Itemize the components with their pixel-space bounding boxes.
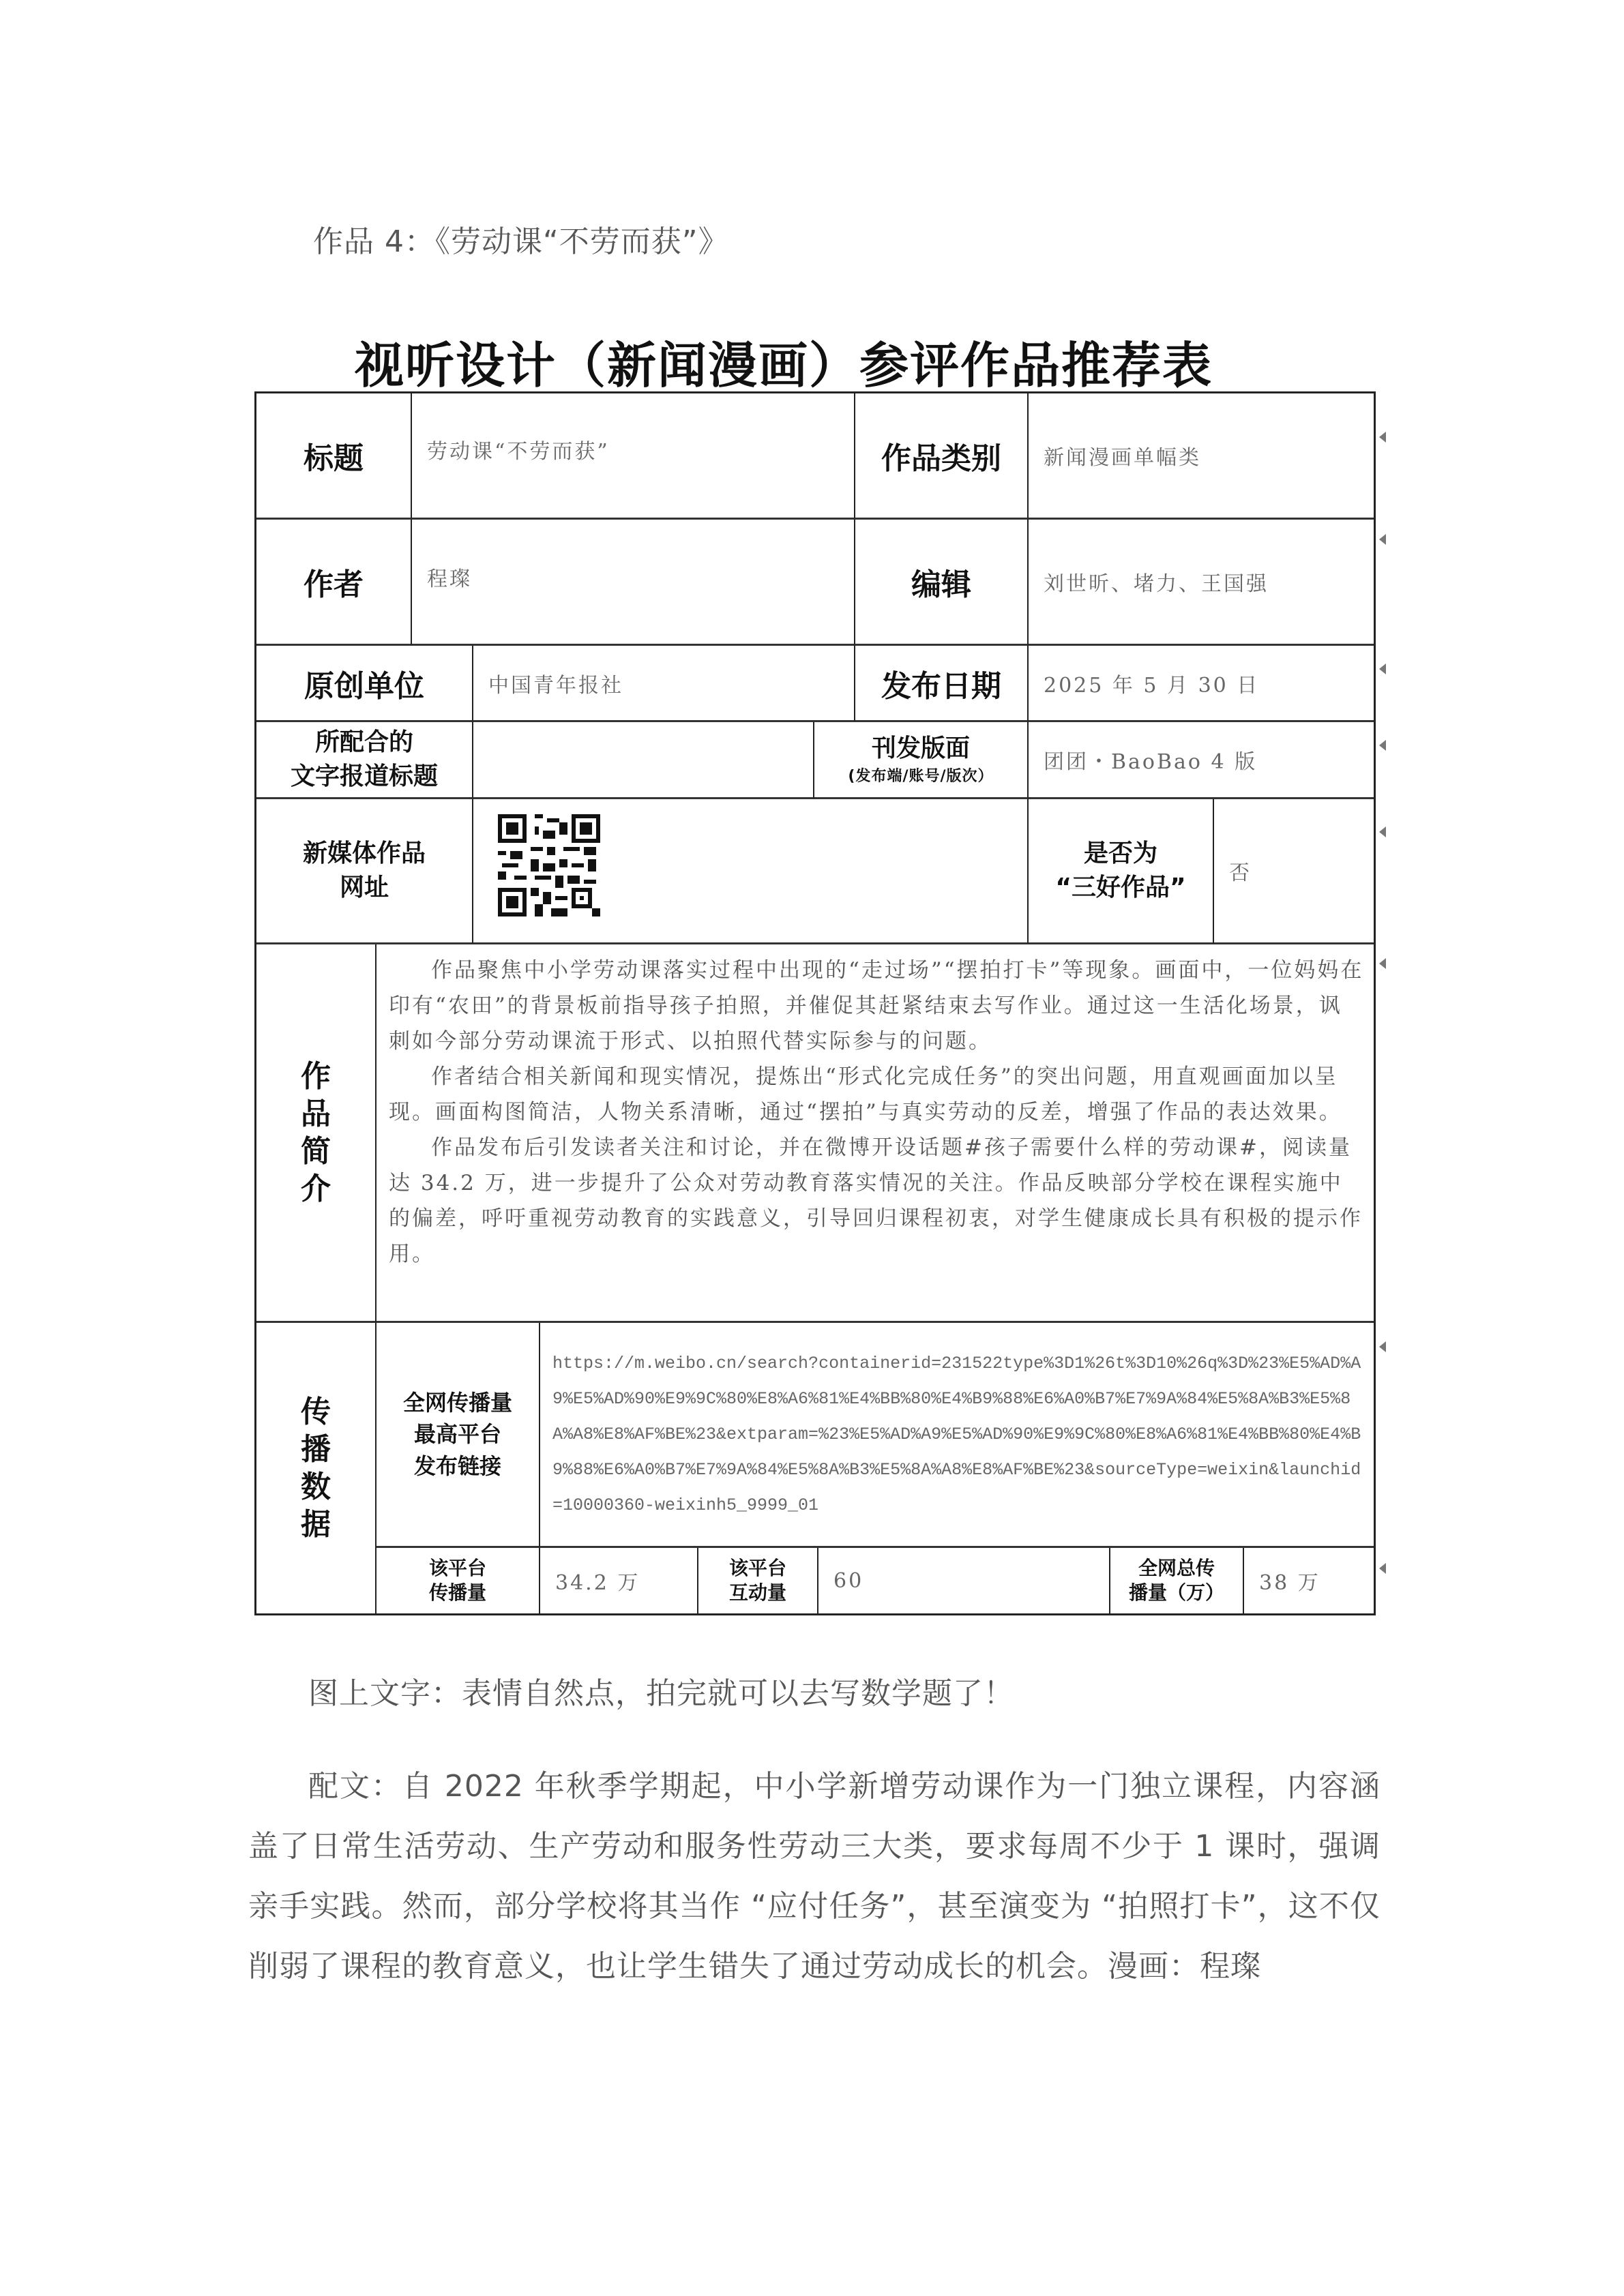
author-label: 作者	[256, 520, 412, 646]
platform-interaction-label: 该平台 互动量	[698, 1548, 818, 1613]
total-reach-value: 38 万	[1244, 1548, 1374, 1613]
platform-reach-value: 34.2 万	[540, 1548, 698, 1613]
work-heading: 作品 4：《劳动课“不劳而获”》	[313, 217, 729, 260]
row-marker-icon	[1379, 1563, 1386, 1574]
platform-interaction-value: 60	[818, 1548, 1110, 1613]
page-sublabel: (发布端/账号/版次）	[848, 766, 993, 788]
row-marker-icon	[1379, 432, 1386, 443]
related-report-value	[473, 722, 814, 799]
row-marker-icon	[1379, 958, 1386, 969]
sanhao-value: 否	[1214, 799, 1374, 944]
row-marker-icon	[1379, 534, 1386, 545]
page-label: 刊发版面 (发布端/账号/版次）	[814, 722, 1029, 799]
row-marker-icon	[1379, 664, 1386, 674]
org-label: 原创单位	[256, 646, 473, 722]
intro-paragraph: 作品发布后引发读者关注和讨论，并在微博开设话题#孩子需要什么样的劳动课#，阅读量…	[389, 1130, 1364, 1272]
editor-value: 刘世昕、堵力、王国强	[1029, 520, 1374, 646]
editor-label: 编辑	[855, 520, 1029, 646]
row-marker-icon	[1379, 826, 1386, 837]
form-title: 视听设计（新闻漫画）参评作品推荐表	[355, 326, 1310, 397]
author-value: 程璨	[412, 520, 855, 646]
title-label: 标题	[256, 393, 412, 520]
intro-paragraph: 作者结合相关新闻和现实情况，提炼出“形式化完成任务”的突出问题，用直观画面加以呈…	[389, 1059, 1364, 1130]
intro-text: 作品聚焦中小学劳动课落实过程中出现的“走过场”“摆拍打卡”等现象。画面中，一位妈…	[377, 944, 1374, 1323]
recommendation-form: 标题 劳动课“不劳而获” 作品类别 新闻漫画单幅类 作者 程璨 编辑 刘世昕、堵…	[254, 391, 1376, 1615]
title-value: 劳动课“不劳而获”	[412, 393, 855, 520]
form-title-text: 视听设计（新闻漫画）参评作品推荐表	[355, 336, 1213, 394]
top-platform-link-label: 全网传播量 最高平台 发布链接	[377, 1323, 540, 1548]
category-label: 作品类别	[855, 393, 1029, 520]
body-paragraph: 配文：自 2022 年秋季学期起，中小学新增劳动课作为一门独立课程，内容涵盖了日…	[248, 1757, 1381, 1997]
total-reach-label: 全网总传 播量（万）	[1110, 1548, 1244, 1613]
newmedia-url-value	[473, 799, 1029, 944]
related-report-label: 所配合的 文字报道标题	[256, 722, 473, 799]
qr-code-icon[interactable]	[498, 814, 600, 916]
org-value: 中国青年报社	[473, 646, 855, 722]
category-value: 新闻漫画单幅类	[1029, 393, 1374, 520]
caption: 图上文字：表情自然点，拍完就可以去写数学题了！	[248, 1664, 1381, 1724]
intro-label: 作 品 简 介	[256, 944, 377, 1323]
date-label: 发布日期	[855, 646, 1029, 722]
spread-data-label: 传 播 数 据	[256, 1323, 377, 1613]
newmedia-url-label: 新媒体作品 网址	[256, 799, 473, 944]
sanhao-label: 是否为 “三好作品”	[1029, 799, 1214, 944]
top-platform-link[interactable]: https://m.weibo.cn/search?containerid=23…	[540, 1323, 1374, 1548]
page-value: 团团・BaoBao 4 版	[1029, 722, 1374, 799]
intro-paragraph: 作品聚焦中小学劳动课落实过程中出现的“走过场”“摆拍打卡”等现象。画面中，一位妈…	[389, 953, 1364, 1059]
platform-reach-label: 该平台 传播量	[377, 1548, 540, 1613]
row-marker-icon	[1379, 740, 1386, 751]
date-value: 2025 年 5 月 30 日	[1029, 646, 1374, 722]
row-marker-icon	[1379, 1341, 1386, 1352]
